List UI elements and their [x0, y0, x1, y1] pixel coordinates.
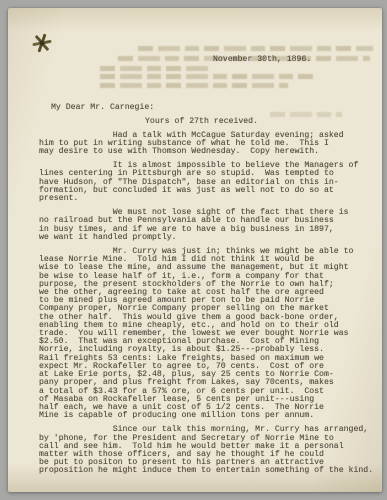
scanned-letter-scene: November 30th, 1896. My Dear Mr. Carnegi…: [0, 0, 387, 500]
letter-opening-line: Yours of 27th received.: [145, 118, 376, 126]
letter-salutation: My Dear Mr. Carnegie:: [51, 104, 376, 112]
letter-paragraph-2: It is almost impossible to believe the M…: [39, 162, 376, 203]
letter-body: November 30th, 1896. My Dear Mr. Carnegi…: [8, 8, 382, 476]
letter-paragraph-1: Had a talk with McCague Saturday evening…: [39, 132, 376, 157]
letter-page: November 30th, 1896. My Dear Mr. Carnegi…: [8, 8, 382, 492]
letter-paragraph-5: Since our talk this morning, Mr. Curry h…: [39, 426, 376, 475]
letter-paragraph-4: Mr. Curry was just in; thinks we might b…: [39, 248, 376, 420]
letter-date: November 30th, 1896.: [213, 56, 376, 64]
letter-paragraph-3: We must not lose sight of the fact that …: [39, 209, 376, 242]
